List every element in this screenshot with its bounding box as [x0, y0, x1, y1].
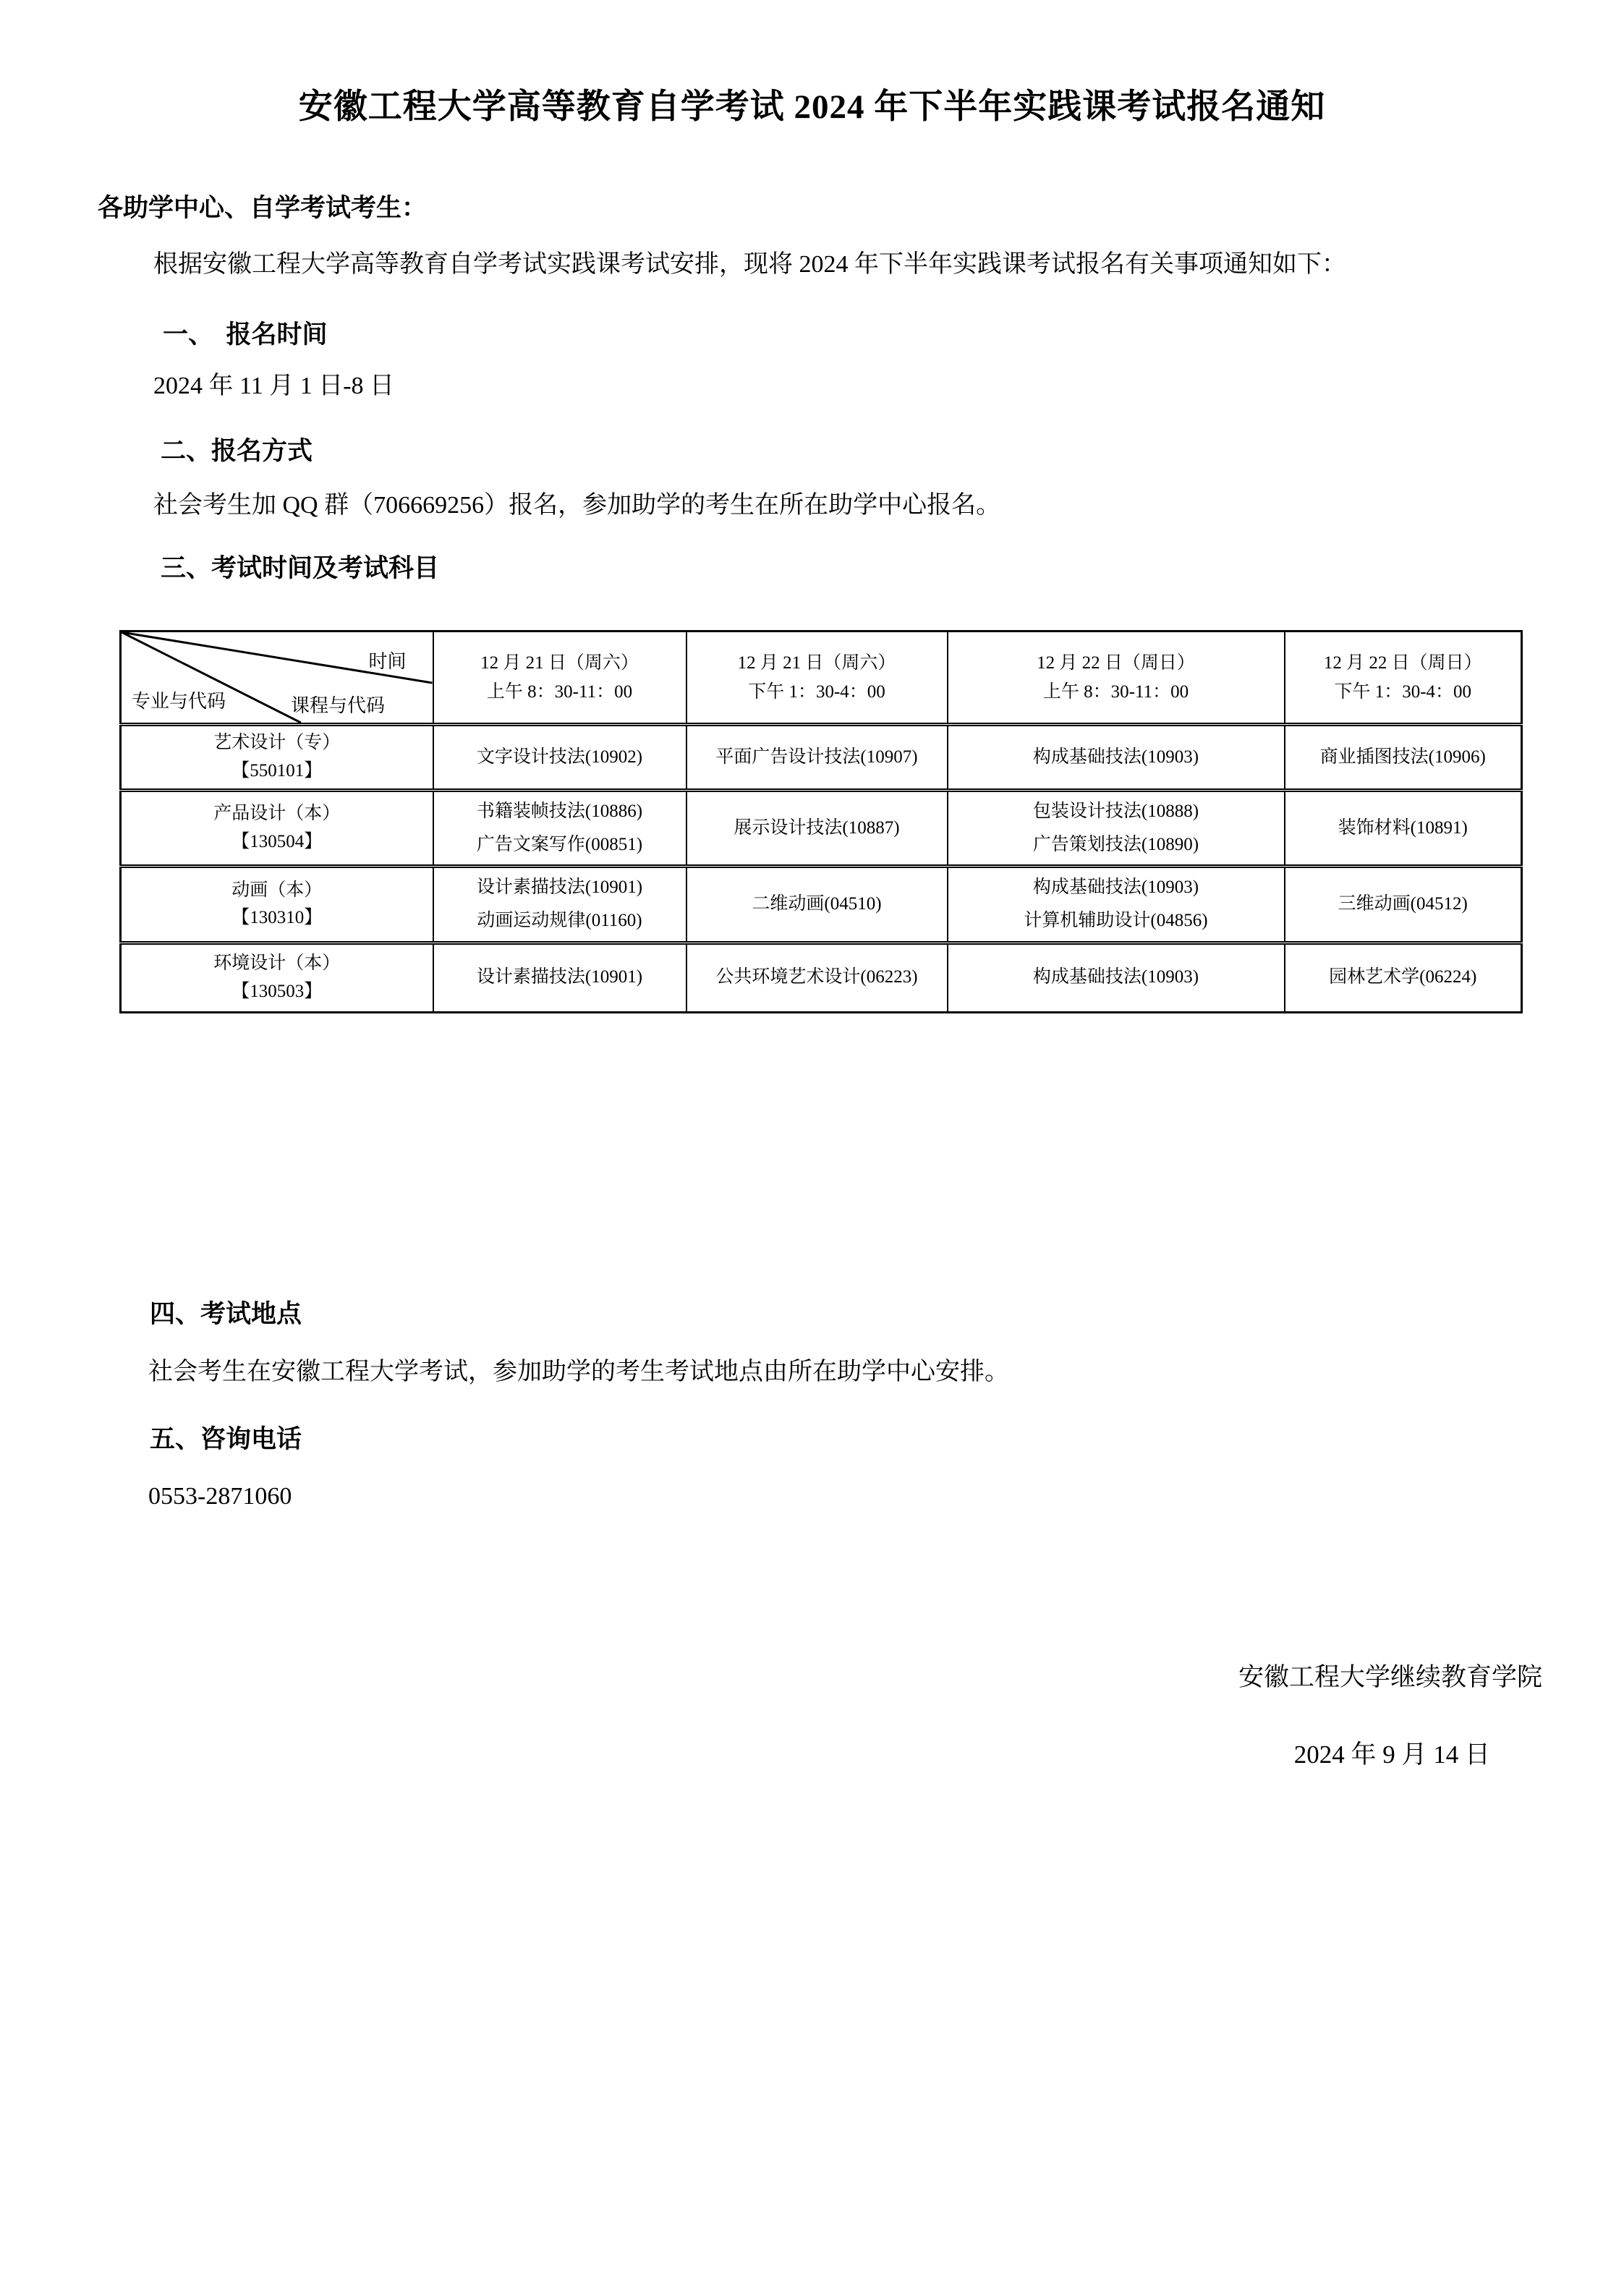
course-cell: 书籍装帧技法(10886) 广告文案写作(00851) — [433, 790, 686, 867]
table-header-row: 时间 专业与代码 课程与代码 12 月 21 日（周六） 上午 8：30-11：… — [121, 632, 1522, 725]
course-cell: 二维动画(04510) — [686, 867, 948, 943]
column-header-0-date: 12 月 21 日（周六） — [438, 649, 681, 678]
table-row: 环境设计（本） 【130503】 设计素描技法(10901) 公共环境艺术设计(… — [121, 943, 1522, 1012]
signature-date: 2024 年 9 月 14 日 — [1294, 1735, 1490, 1771]
course-cell: 包装设计技法(10888) 广告策划技法(10890) — [948, 790, 1285, 867]
course-cell: 商业插图技法(10906) — [1285, 725, 1522, 791]
column-header-3-time: 下午 1：30-4：00 — [1290, 678, 1517, 707]
course-cell: 三维动画(04512) — [1285, 867, 1522, 943]
course-cell: 展示设计技法(10887) — [686, 790, 948, 867]
major-name: 产品设计（本） — [126, 800, 428, 828]
course-cell: 平面广告设计技法(10907) — [686, 725, 948, 791]
section-1-body: 2024 年 11 月 1 日-8 日 — [153, 372, 394, 401]
table-row: 动画（本） 【130310】 设计素描技法(10901) 动画运动规律(0116… — [121, 867, 1522, 943]
notice-document: 安徽工程大学高等教育自学考试 2024 年下半年实践课考试报名通知 各助学中心、… — [0, 0, 1624, 2296]
salutation: 各助学中心、自学考试考生： — [98, 188, 427, 224]
course-cell: 园林艺术学(06224) — [1285, 943, 1522, 1012]
major-code: 【130310】 — [126, 904, 428, 932]
column-header-2-time: 上午 8：30-11：00 — [953, 678, 1280, 707]
section-5-body: 0553-2871060 — [148, 1482, 292, 1511]
column-header-1-time: 下午 1：30-4：00 — [692, 678, 943, 707]
corner-major-label: 专业与代码 — [132, 692, 226, 711]
section-2-body: 社会考生加 QQ 群（706669256）报名，参加助学的考生在所在助学中心报名… — [153, 491, 1000, 520]
table-row: 产品设计（本） 【130504】 书籍装帧技法(10886) 广告文案写作(00… — [121, 790, 1522, 867]
section-3-heading: 三、考试时间及考试科目 — [161, 548, 439, 584]
intro-paragraph: 根据安徽工程大学高等教育自学考试实践课考试安排，现将 2024 年下半年实践课考… — [153, 250, 1346, 279]
section-1-heading: 一、 报名时间 — [163, 315, 328, 351]
major-cell: 产品设计（本） 【130504】 — [121, 790, 433, 867]
section-2-heading: 二、报名方式 — [161, 431, 313, 467]
exam-schedule-table: 时间 专业与代码 课程与代码 12 月 21 日（周六） 上午 8：30-11：… — [119, 630, 1521, 1013]
section-4-heading: 四、考试地点 — [150, 1294, 302, 1330]
corner-course-label: 课程与代码 — [291, 697, 385, 715]
course-cell: 构成基础技法(10903) 计算机辅助设计(04856) — [948, 867, 1285, 943]
course-cell: 设计素描技法(10901) 动画运动规律(01160) — [433, 867, 686, 943]
course-cell: 文字设计技法(10902) — [433, 725, 686, 791]
column-header-0-time: 上午 8：30-11：00 — [438, 678, 681, 707]
corner-time-label: 时间 — [368, 652, 406, 671]
column-header-2-date: 12 月 22 日（周日） — [953, 649, 1280, 678]
column-header-1-date: 12 月 21 日（周六） — [692, 649, 943, 678]
course-cell: 构成基础技法(10903) — [948, 943, 1285, 1012]
course-cell: 构成基础技法(10903) — [948, 725, 1285, 791]
course-cell: 设计素描技法(10901) — [433, 943, 686, 1012]
major-cell: 动画（本） 【130310】 — [121, 867, 433, 943]
table-corner-cell: 时间 专业与代码 课程与代码 — [121, 632, 433, 725]
table-row: 艺术设计（专） 【550101】 文字设计技法(10902) 平面广告设计技法(… — [121, 725, 1522, 791]
major-cell: 艺术设计（专） 【550101】 — [121, 725, 433, 791]
column-header-1: 12 月 21 日（周六） 下午 1：30-4：00 — [686, 632, 948, 725]
section-4-body: 社会考生在安徽工程大学考试，参加助学的考生考试地点由所在助学中心安排。 — [148, 1358, 1009, 1387]
course-cell: 公共环境艺术设计(06223) — [686, 943, 948, 1012]
column-header-3: 12 月 22 日（周日） 下午 1：30-4：00 — [1285, 632, 1522, 725]
major-cell: 环境设计（本） 【130503】 — [121, 943, 433, 1012]
major-name: 环境设计（本） — [126, 950, 428, 978]
major-code: 【130504】 — [126, 828, 428, 856]
section-5-heading: 五、咨询电话 — [150, 1419, 302, 1455]
major-code: 【550101】 — [126, 757, 428, 786]
column-header-2: 12 月 22 日（周日） 上午 8：30-11：00 — [948, 632, 1285, 725]
course-cell: 装饰材料(10891) — [1285, 790, 1522, 867]
signature-organization: 安徽工程大学继续教育学院 — [1238, 1657, 1542, 1693]
column-header-0: 12 月 21 日（周六） 上午 8：30-11：00 — [433, 632, 686, 725]
column-header-3-date: 12 月 22 日（周日） — [1290, 649, 1517, 678]
major-name: 艺术设计（专） — [126, 729, 428, 757]
major-code: 【130503】 — [126, 978, 428, 1006]
major-name: 动画（本） — [126, 877, 428, 905]
page-title: 安徽工程大学高等教育自学考试 2024 年下半年实践课考试报名通知 — [0, 80, 1624, 128]
